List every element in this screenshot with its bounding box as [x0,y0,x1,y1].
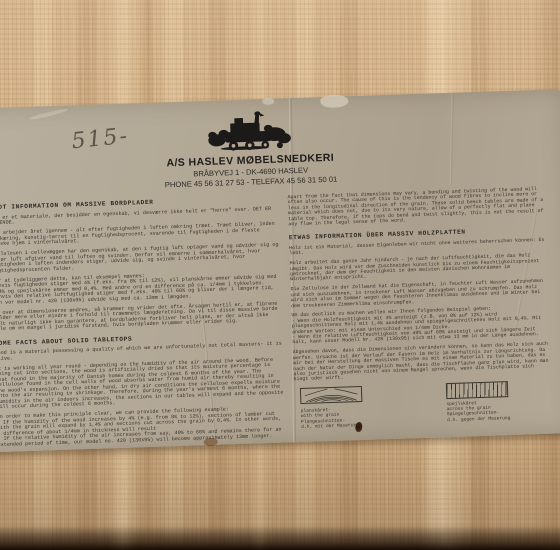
paper-tear-mark [262,98,274,105]
manufacturer-label-paper: 515- [0,89,560,453]
panel-edge-shadow [0,524,560,550]
right-text-column: Apart from the fact that dimensions may … [288,187,552,443]
quarter-sawn-grain-diagram-icon [446,381,508,399]
german-paragraph: Abgesehen davon, dass die Dimensionen si… [293,342,550,383]
plain-sawn-grain-diagram-icon [300,386,362,404]
left-text-column: LIDT INFORMATION OM MASSIVE BORDPLADER T… [0,196,286,453]
grain-diagrams: planskåret- with the grain Plangeschnitt… [294,379,551,430]
figure-caption: spejlskåret across the grain Spiegelgesc… [446,398,551,423]
label-header: A/S HASLEV MØBELSNEDKERI BRÅBYVEJ 1 - DK… [0,101,551,197]
label-text-columns: LIDT INFORMATION OM MASSIVE BORDPLADER T… [0,187,548,453]
figure-quarter-sawn: spejlskåret across the grain Spiegelgesc… [446,379,551,425]
figure-caption: planskåret- with the grain Plangeschnitt… [301,406,406,431]
english-intro-paragraph: Apart from the fact that dimensions may … [288,187,545,228]
german-example-list: Um das deutlich zu machen wollen wir Ihn… [291,305,548,346]
paper-tear-mark [320,94,348,108]
photo-of-furniture-back: 15-93 515- [0,0,560,550]
german-paragraph: Die Zellulose in der Zellwand hat die Ei… [291,279,548,309]
horse-wagon-workshop-logo-icon [206,109,293,154]
german-paragraph: Holz arbeitet das ganze Jahr hindurch - … [290,253,547,283]
danish-example-list: For at tydeliggøre dette, kan til eksemp… [0,269,281,306]
english-example-list: In order to make this principle clear, w… [0,406,286,449]
danish-paragraph: Cellulosen i cellevæggen har den egenska… [0,243,280,275]
figure-plain-sawn: planskåret- with the grain Plangeschnitt… [300,384,405,430]
english-paragraph: It is working all year round - depending… [0,357,284,411]
danish-paragraph: Ud over at dimensionerne ændres, så krum… [0,301,282,333]
